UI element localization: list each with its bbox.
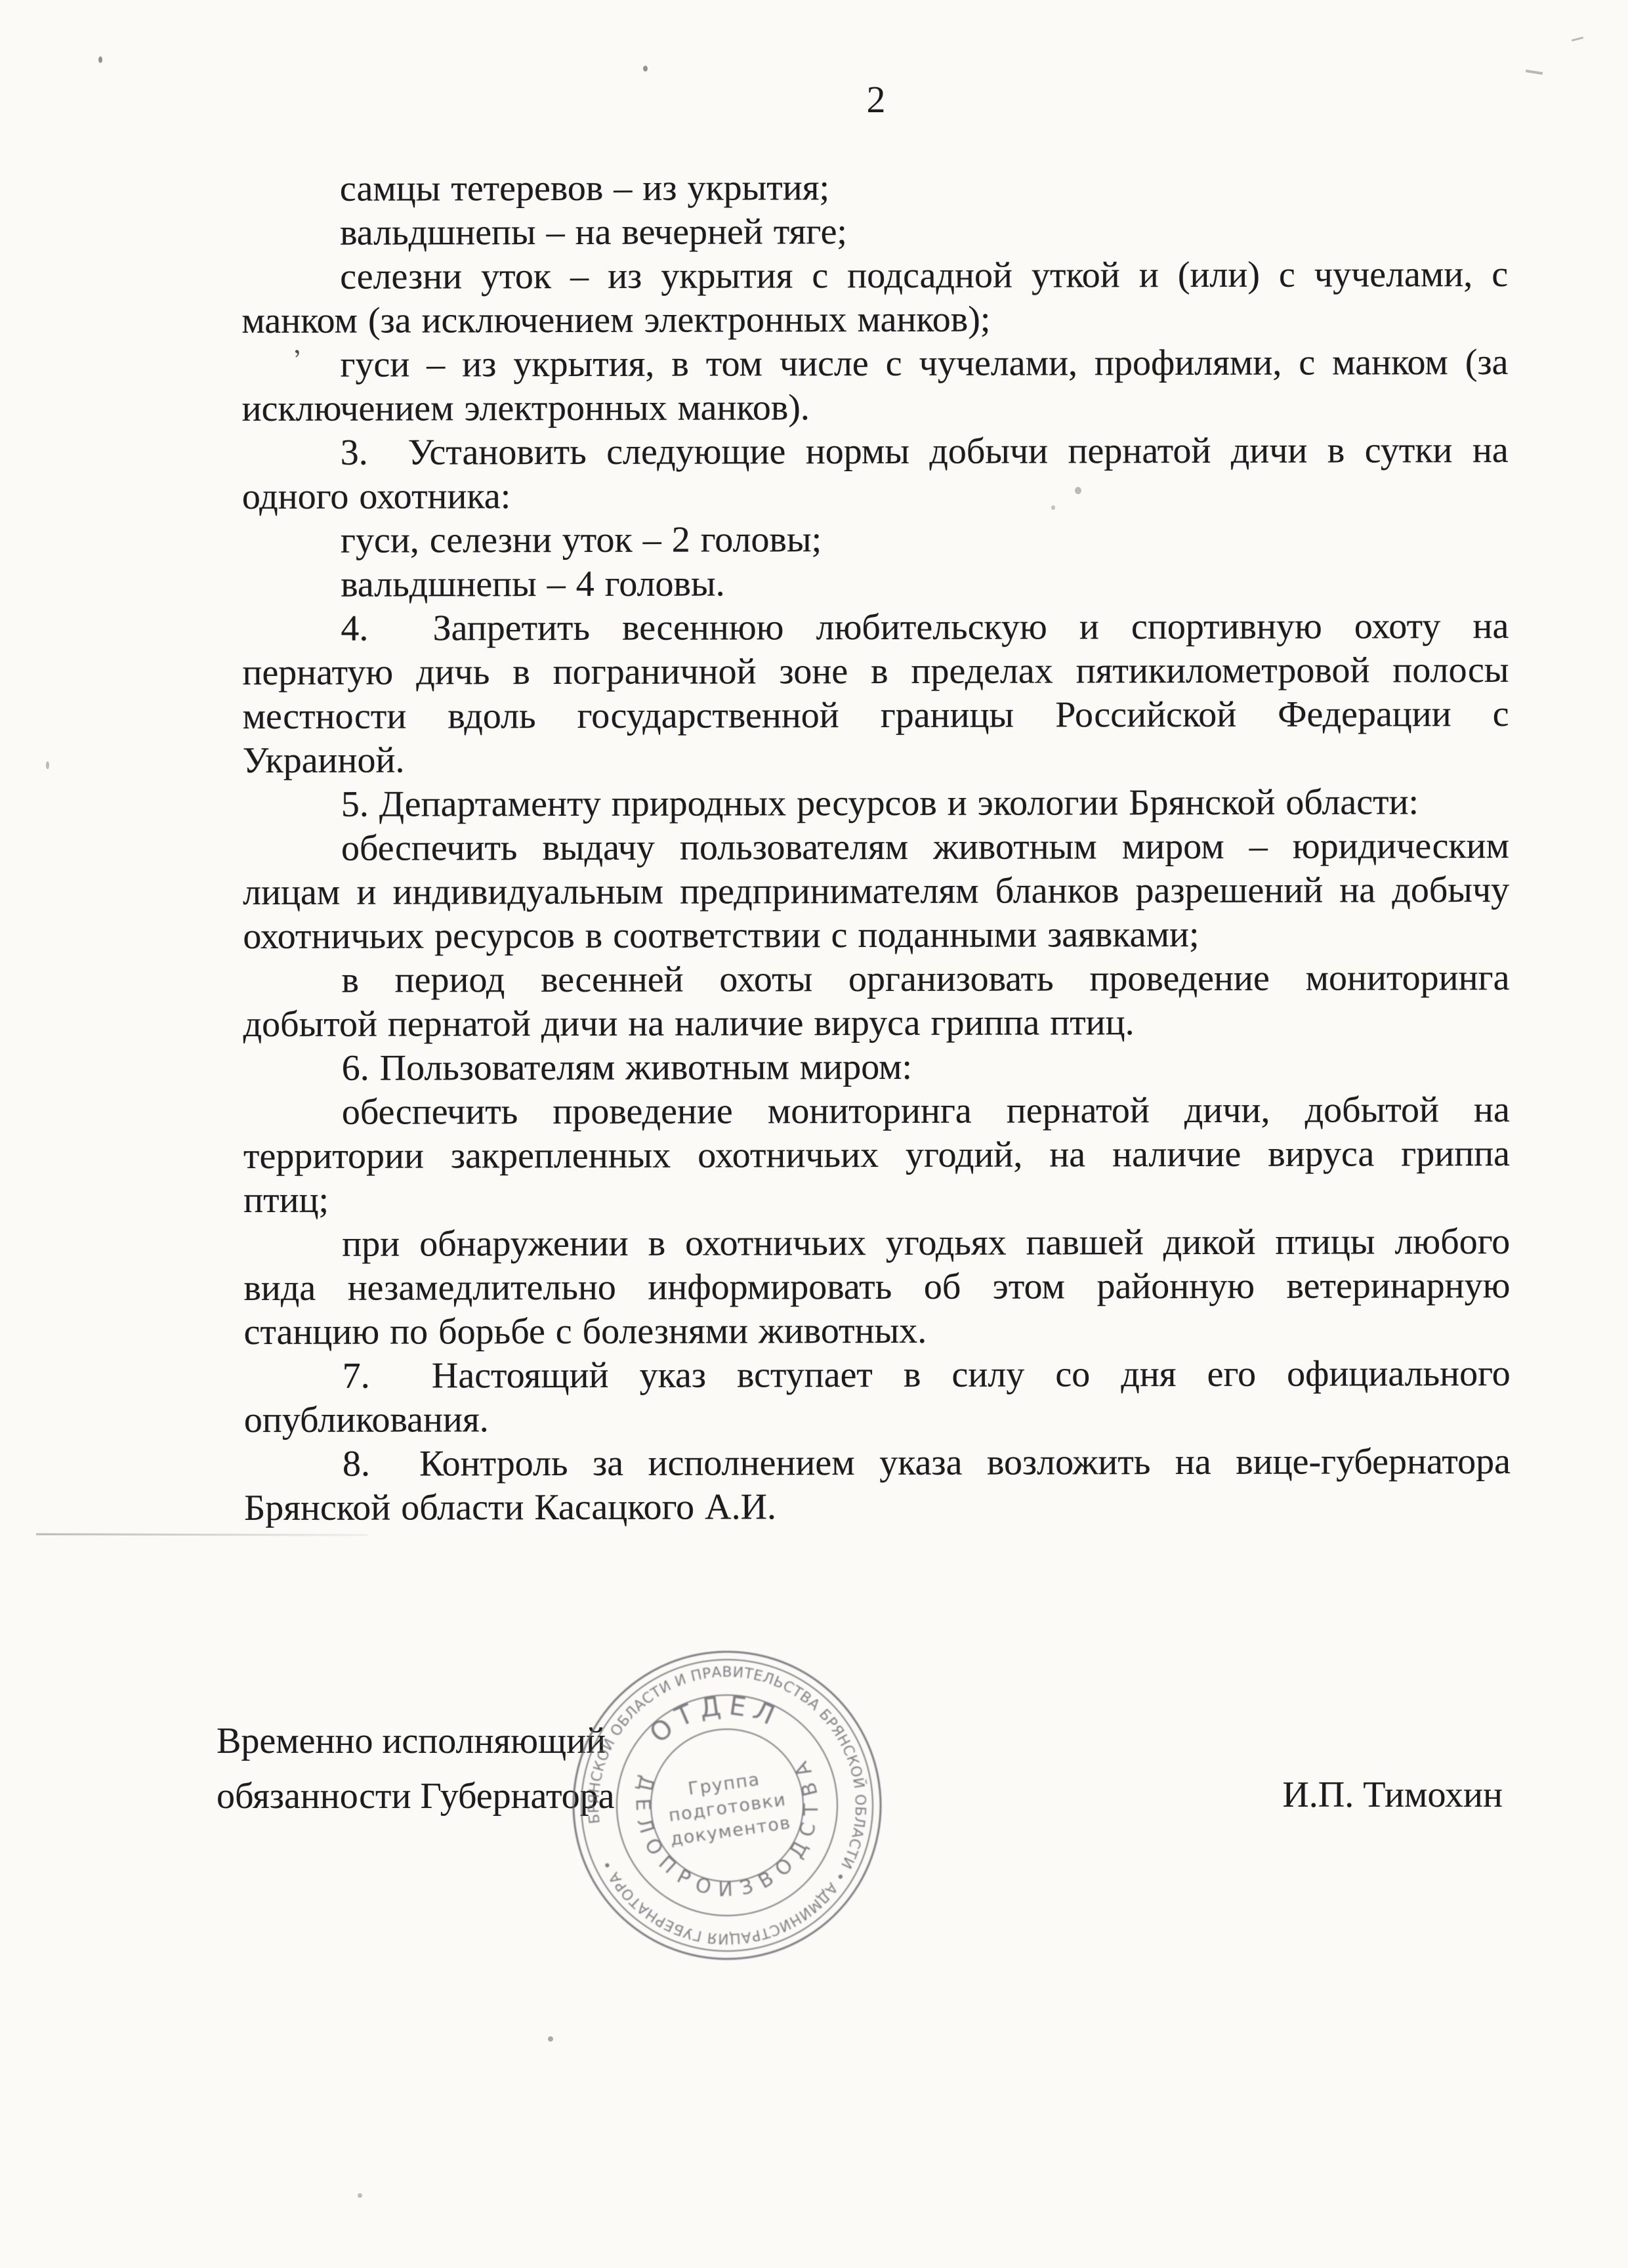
signature-role-line2: обязанности Губернатора [217,1774,615,1818]
text-line: территории закрепленных охотничьих угоди… [243,1132,1510,1179]
text-line: Брянской области Касацкого А.И. [244,1484,1511,1530]
text-line: одного охотника: [242,472,1509,519]
document-page: 2 самцы тетеревов – из укрытия;вальдшнеп… [0,0,1628,2268]
text-line: 6. Пользователям животным миром: [243,1044,1510,1091]
text-line: вальдшнепы – на вечерней тяге; [241,209,1508,255]
text-line: 3. Установить следующие нормы добычи пер… [242,429,1509,475]
signature-name: И.П. Тимохин [919,1773,1503,1817]
scan-edge-mark [1572,37,1583,41]
text-line: вальдшнепы – 4 головы. [242,560,1509,607]
signature-role-line1: Временно исполняющий [217,1719,606,1763]
scan-speck [98,56,102,63]
text-line: обеспечить проведение мониторинга пернат… [243,1088,1510,1135]
scan-speck [643,66,648,72]
text-line: обеспечить выдачу пользователям животным… [243,824,1509,871]
text-line: опубликования. [244,1396,1511,1442]
text-line: гуси – из укрытия, в том числе с чучелам… [241,341,1508,387]
scan-speck [1075,487,1081,494]
text-line: добытой пернатой дичи на наличие вируса … [243,1000,1509,1047]
text-line: при обнаружении в охотничьих угодьях пав… [243,1220,1510,1267]
text-line: 8. Контроль за исполнением указа возложи… [244,1440,1511,1486]
official-stamp: БРЯНСКОЙ ОБЛАСТИ И ПРАВИТЕЛЬСТВА БРЯНСКО… [549,1627,905,1983]
text-line: в период весенней охоты организовать про… [243,956,1509,1003]
body-text: самцы тетеревов – из укрытия;вальдшнепы … [241,165,1511,1530]
text-line: Украиной. [243,736,1509,783]
text-line: местности вдоль государственной границы … [243,692,1509,739]
text-line: самцы тетеревов – из укрытия; [241,165,1508,211]
text-line: исключением электронных манков). [242,385,1509,431]
scan-edge-mark [1526,70,1543,75]
text-line: птиц; [243,1176,1510,1223]
text-line: 5. Департаменту природных ресурсов и эко… [243,780,1509,827]
scan-speck [46,761,49,769]
scan-speck [548,2036,553,2042]
text-line: гуси, селезни уток – 2 головы; [242,516,1509,563]
text-line: охотничьих ресурсов в соответствии с под… [243,912,1509,959]
text-line: станцию по борьбе с болезнями животных. [243,1308,1510,1354]
text-line: селезни уток – из укрытия с подсадной ут… [241,253,1508,299]
scan-scratch [36,1533,367,1536]
text-line: вида незамедлительно информировать об эт… [243,1264,1510,1311]
text-line: манком (за исключением электронных манко… [241,297,1508,343]
text-line: 4. Запретить весеннюю любительскую и спо… [242,604,1509,651]
text-line: лицам и индивидуальным предпринимателям … [243,868,1509,915]
text-line: 7. Настоящий указ вступает в силу со дня… [244,1352,1511,1398]
scan-speck [1051,505,1055,510]
page-number: 2 [243,77,1509,121]
text-line: пернатую дичь в пограничной зоне в преде… [242,648,1509,695]
scan-speck [358,2193,362,2198]
